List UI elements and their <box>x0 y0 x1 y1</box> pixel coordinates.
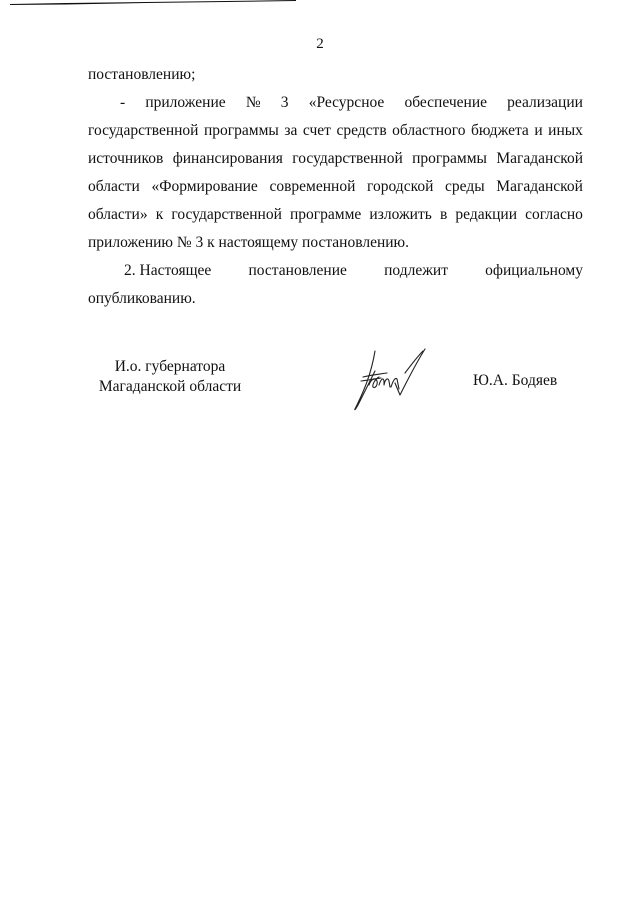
text-word: области» <box>88 206 148 224</box>
signer-position: И.о. губернатора Магаданской области <box>95 357 245 397</box>
text-word: и <box>534 122 542 140</box>
text-word: государственной <box>88 122 198 140</box>
page-number: 2 <box>0 36 640 53</box>
text-word: 2. Настоящее <box>124 262 211 280</box>
text-word: программы <box>412 150 487 168</box>
body-line-9: опубликованию. <box>88 290 196 308</box>
text-word: - <box>120 94 125 112</box>
text-word: бюджета <box>471 122 529 140</box>
body-line-6: области» к государственной программе изл… <box>88 206 583 224</box>
text-word: к <box>156 206 164 224</box>
text-word: в <box>440 206 447 224</box>
text-word: обеспечение <box>404 94 487 112</box>
text-word: «Ресурсное <box>309 94 385 112</box>
handwritten-signature-icon <box>345 343 435 415</box>
text-word: постановлению; <box>88 66 195 83</box>
text-word: программе <box>290 206 361 224</box>
text-word: 3 <box>281 94 289 112</box>
text-word: приложению № 3 к настоящему постановлени… <box>88 234 409 251</box>
body-line-2: - приложение № 3 «Ресурсное обеспечение … <box>120 94 583 112</box>
text-word: Магаданской <box>496 178 583 196</box>
text-word: редакции <box>455 206 517 224</box>
text-word: официальному <box>485 262 583 280</box>
text-word: приложение <box>145 94 225 112</box>
text-word: за <box>284 122 297 140</box>
text-word: счет <box>303 122 331 140</box>
text-word: постановление <box>249 262 347 280</box>
scan-edge-artifact <box>6 0 296 5</box>
signer-position-line1: И.о. губернатора <box>95 357 245 377</box>
text-word: области <box>88 178 140 196</box>
body-line-5: области «Формирование современной городс… <box>88 178 583 196</box>
text-word: городской <box>367 178 433 196</box>
body-line-3: государственной программы за счет средст… <box>88 122 583 140</box>
text-word: источников <box>88 150 163 168</box>
text-word: Магаданской <box>496 150 583 168</box>
text-word: подлежит <box>384 262 448 280</box>
body-line-7: приложению № 3 к настоящему постановлени… <box>88 234 409 252</box>
text-word: среды <box>445 178 485 196</box>
text-word: согласно <box>525 206 583 224</box>
signer-name: Ю.А. Бодяев <box>473 371 557 391</box>
text-word: иных <box>548 122 583 140</box>
text-word: опубликованию. <box>88 290 196 307</box>
body-line-8: 2. Настоящее постановление подлежит офиц… <box>124 262 583 280</box>
signer-position-line2: Магаданской области <box>95 377 245 397</box>
body-line-1: постановлению; <box>88 66 195 84</box>
text-word: современной <box>269 178 355 196</box>
text-word: областного <box>392 122 465 140</box>
text-word: № <box>246 94 261 112</box>
text-word: «Формирование <box>151 178 257 196</box>
text-word: средств <box>336 122 386 140</box>
text-word: программы <box>204 122 279 140</box>
text-word: государственной <box>171 206 281 224</box>
text-word: реализации <box>507 94 583 112</box>
body-line-4: источников финансирования государственно… <box>88 150 583 168</box>
text-word: изложить <box>369 206 431 224</box>
text-word: государственной <box>292 150 402 168</box>
text-word: финансирования <box>173 150 283 168</box>
